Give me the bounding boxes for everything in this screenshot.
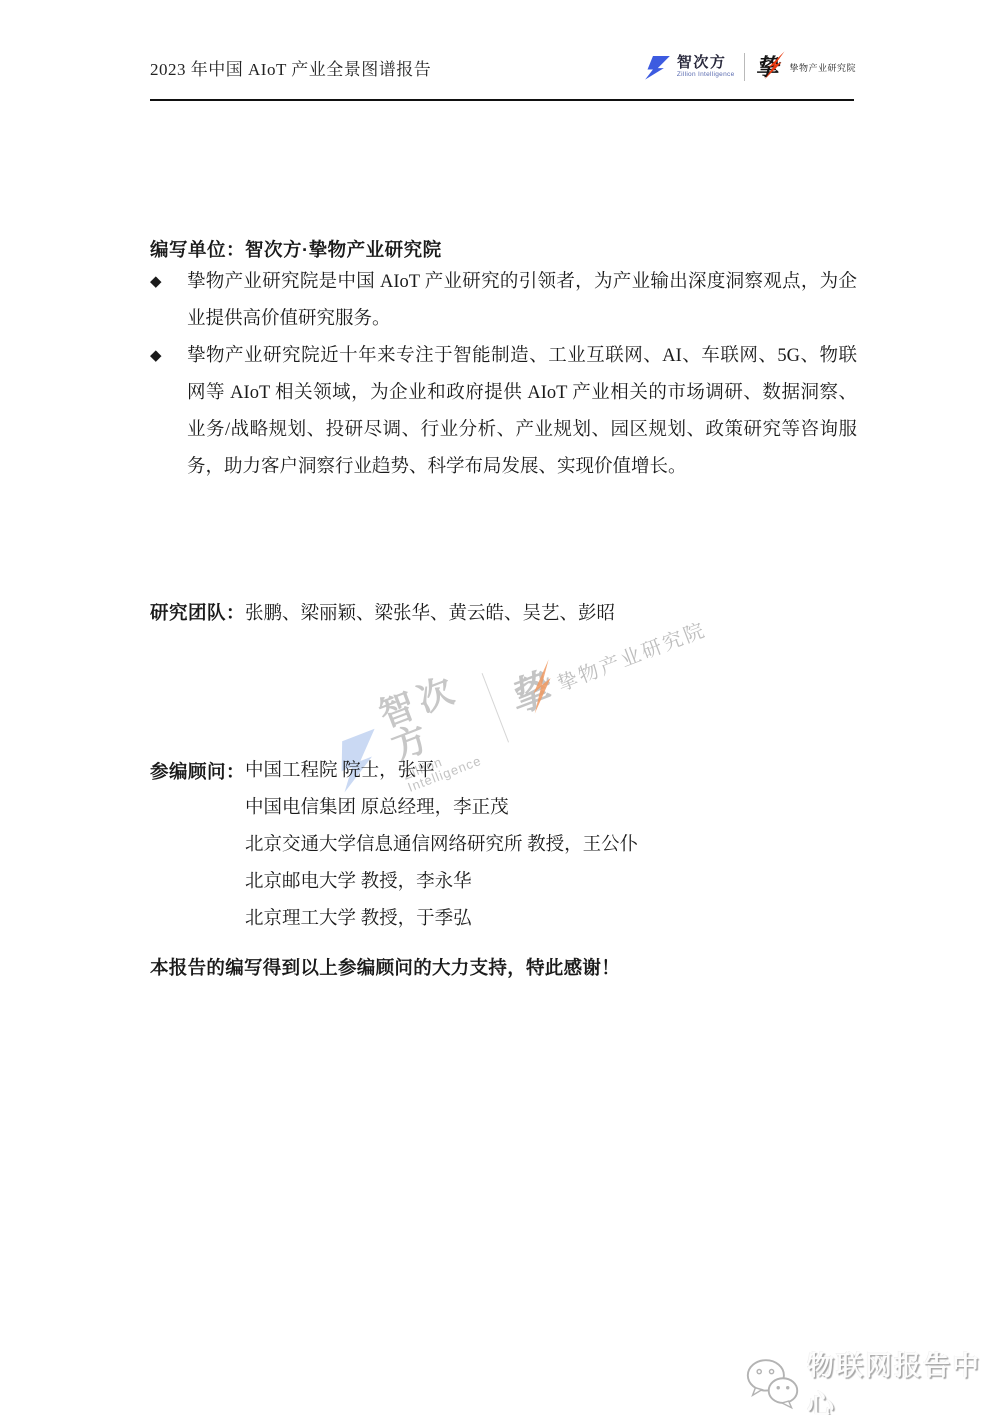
advisor-row: 北京邮电大学 教授，李永华 [245, 864, 638, 901]
watermark-zhiwu-glyph: 挚 [503, 666, 556, 721]
advisors-list: 中国工程院 院士，张平 中国电信集团 原总经理，李正茂 北京交通大学信息通信网络… [245, 753, 638, 938]
footer-badge: 物联网报告中心 [744, 1344, 1000, 1415]
research-team-members: 张鹏、梁丽颖、梁张华、黄云皓、吴艺、彭昭 [245, 604, 615, 624]
wechat-icon [744, 1356, 801, 1410]
research-team-line: 研究团队：张鹏、梁丽颖、梁张华、黄云皓、吴艺、彭昭 [150, 598, 615, 629]
zhiwu-bolt-icon [764, 51, 786, 81]
header-rule [150, 99, 854, 101]
unit-heading: 编写单位：智次方·挚物产业研究院 [150, 236, 442, 262]
watermark-bolt-icon [517, 656, 569, 717]
diamond-bullet-icon: ◆ [150, 338, 187, 486]
footer-badge-label: 物联网报告中心 [807, 1344, 1000, 1415]
diamond-bullet-icon: ◆ [150, 264, 187, 338]
advisor-row: 北京交通大学信息通信网络研究所 教授，王公仆 [245, 827, 638, 864]
thanks-line: 本报告的编写得到以上参编顾问的大力支持，特此感谢！ [150, 954, 620, 980]
watermark-divider [481, 672, 509, 742]
logo-divider [744, 53, 745, 81]
list-item: ◆ 挚物产业研究院是中国 AIoT 产业研究的引领者，为产业输出深度洞察观点，为… [150, 264, 857, 338]
bullet-list: ◆ 挚物产业研究院是中国 AIoT 产业研究的引领者，为产业输出深度洞察观点，为… [150, 264, 857, 486]
advisor-row: 中国电信集团 原总经理，李正茂 [245, 790, 638, 827]
zillion-logo-text: 智次方 Zillion Intelligence [677, 55, 735, 79]
report-title: 2023 年中国 AIoT 产业全景图谱报告 [150, 55, 431, 80]
zhiwu-brand-name: 挚物产业研究院 [789, 61, 856, 74]
watermark-zhiwu-icon: 挚 [502, 663, 558, 726]
watermark-brand-name: 智次方 [375, 666, 489, 765]
page-header: 2023 年中国 AIoT 产业全景图谱报告 智次方 Zillion Intel… [150, 52, 856, 82]
zillion-brand-name: 智次方 [677, 55, 735, 70]
advisors-block: 参编顾问： 中国工程院 院士，张平 中国电信集团 原总经理，李正茂 北京交通大学… [150, 753, 638, 938]
advisor-row: 中国工程院 院士，张平 [245, 753, 638, 790]
advisors-label: 参编顾问： [150, 753, 245, 938]
header-logos: 智次方 Zillion Intelligence 挚 挚物产业研究院 [643, 52, 856, 82]
bullet-text: 挚物产业研究院是中国 AIoT 产业研究的引领者，为产业输出深度洞察观点，为企业… [187, 264, 857, 338]
advisor-row: 北京理工大学 教授，于季弘 [245, 901, 638, 938]
zillion-z-icon [641, 54, 671, 81]
bullet-text: 挚物产业研究院近十年来专注于智能制造、工业互联网、AI、车联网、5G、物联网等 … [187, 338, 857, 486]
zillion-brand-sub: Zillion Intelligence [677, 72, 735, 79]
research-team-label: 研究团队： [150, 602, 245, 623]
list-item: ◆ 挚物产业研究院近十年来专注于智能制造、工业互联网、AI、车联网、5G、物联网… [150, 338, 857, 486]
zhiwu-logo-icon: 挚 [755, 52, 785, 82]
